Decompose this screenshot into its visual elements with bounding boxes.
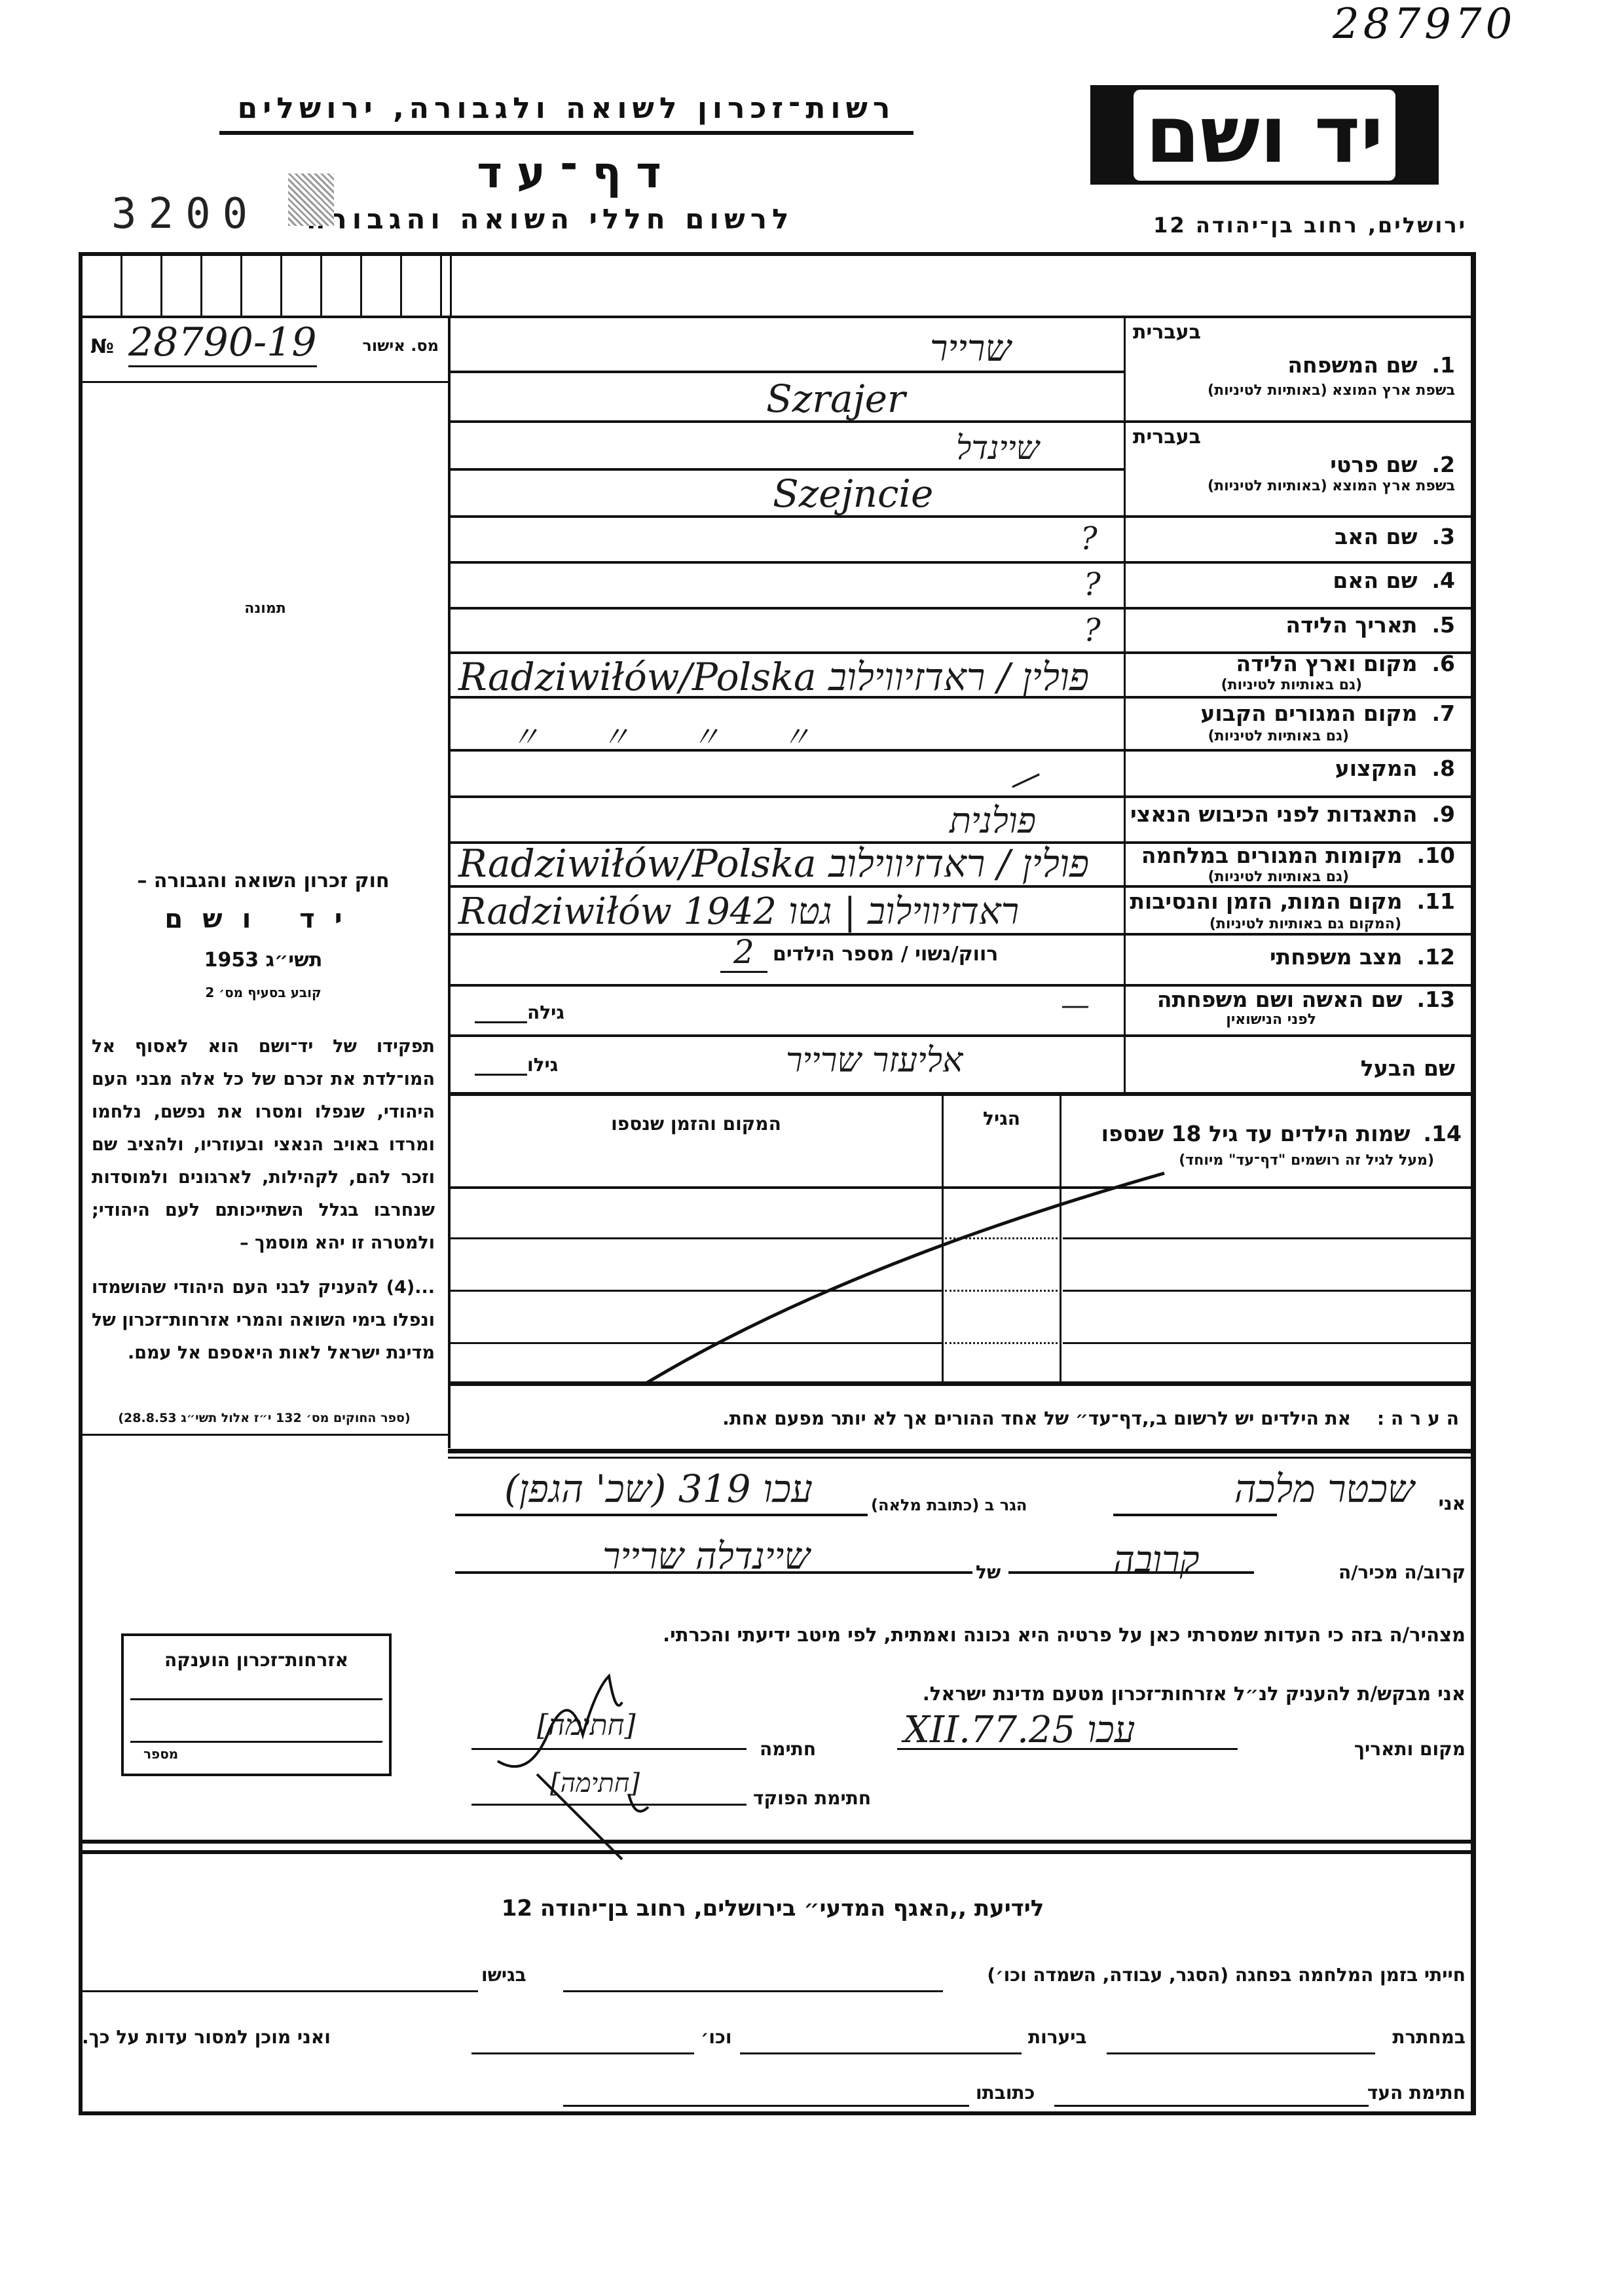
footer-line3-blank2[interactable]: [563, 2105, 969, 2107]
decl-address-label: הגר ב (כתובת מלאה): [871, 1496, 1027, 1514]
decl-request: אני מבקש/ת להעניק לנ״ל אזרחות־זכרון מטעם…: [923, 1683, 1466, 1705]
decl-of-label: של: [976, 1561, 1001, 1583]
field-6-value[interactable]: Radziwiłów/Polska פולין / ראדזיווילוב: [458, 655, 1089, 699]
form-subtitle: לרשום חללי השואה והגבורה: [262, 203, 838, 235]
recorder-label: חתימת הפוקד: [753, 1787, 871, 1809]
field-13-label: 13.שם האשה ושם משפחתה: [1157, 987, 1455, 1012]
field-13-age-label: גילה: [527, 1002, 564, 1023]
field-2-value-latin[interactable]: Szejncie: [773, 471, 933, 516]
husband-label: שם הבעל: [1361, 1055, 1455, 1081]
row-line: [451, 468, 1124, 471]
footer-line2-blank2[interactable]: [740, 2052, 1022, 2054]
note: הערה: את הילדים יש לרשום ב,,דף־עד״ של אח…: [722, 1408, 1466, 1429]
field-1-label: 1.שם המשפחה: [1287, 352, 1455, 378]
decl-address-line: [455, 1514, 868, 1516]
label-column-divider: [1124, 316, 1126, 1095]
header-address: ירושלים, רחוב בן־יהודה 12: [1100, 213, 1467, 238]
decl-address[interactable]: עכו 319 (שכ' הגפן): [504, 1467, 813, 1511]
place-date-line: [897, 1748, 1238, 1750]
authority-line: רשות־זכרון לשואה ולגבורה, ירושלים: [216, 92, 917, 125]
field-10-label: 10.מקומות המגורים במלחמה: [1141, 843, 1455, 868]
field-1-value-latin[interactable]: Szrajer: [766, 376, 906, 421]
field-2-sublabel: בשפת ארץ המוצא (באותיות לטיניות): [1208, 478, 1455, 494]
husband-age-line: [475, 1074, 527, 1076]
footer-line1: חייתי בזמן המלחמה בפחגה (הסגר, עבודה, הש…: [987, 1964, 1466, 1986]
field-4-value[interactable]: ?: [1084, 566, 1101, 603]
approval-no-symbol: №: [90, 335, 114, 358]
field-12-label: 12.מצב משפחתי: [1270, 944, 1455, 970]
footer-line3-start: חתימת העד: [1367, 2082, 1466, 2104]
photo-label: תמונה: [83, 600, 448, 617]
form-bottom-border: [79, 2111, 1476, 2115]
field-10-value[interactable]: Radziwiłów/Polska פולין / ראדזיווילוב: [458, 841, 1089, 886]
form-title: דף־עד: [393, 147, 760, 198]
footer-line2-mid: ביערות: [1028, 2026, 1087, 2048]
note-text: את הילדים יש לרשום ב,,דף־עד״ של אחד ההור…: [722, 1408, 1351, 1429]
footer-line3-end: כתובתו: [976, 2082, 1035, 2104]
field-5-label: 5.תאריך הלידה: [1285, 612, 1455, 638]
law-sidebar: חוק זכרון השואה והגבורה – יד ושם תשי״ג 1…: [83, 851, 444, 1370]
law-title: חוק זכרון השואה והגבורה –: [83, 869, 444, 892]
yad-vashem-logo: יד ושם: [1090, 85, 1439, 185]
decl-name-line: [1113, 1514, 1277, 1516]
stamp-number: 3200: [111, 190, 259, 238]
field-7-value[interactable]: 〃 〃 〃 〃: [511, 714, 837, 756]
strike-through-line: [451, 1095, 1473, 1383]
law-citation: (ספר החוקים מס׳ 132 י״ז אלול תשי״ג 28.8.…: [83, 1411, 446, 1425]
husband-age-label: גילו: [527, 1054, 558, 1076]
top-row-divider: [450, 255, 452, 316]
note-bottom-line-2: [448, 1457, 1473, 1459]
approval-row-bottom: [83, 381, 448, 383]
field-1-lang: בעברית: [1133, 321, 1201, 344]
field-5-value[interactable]: ?: [1084, 612, 1101, 649]
law-text: תפקידו של יד־ושם הוא לאסוף אל המו־לדת את…: [83, 1030, 444, 1260]
law-section: קובע בסעיף מס׳ 2: [83, 985, 444, 1000]
field-13-age-line: [475, 1021, 527, 1023]
logo-text: יד ושם: [1134, 90, 1395, 181]
row-line: [451, 371, 1124, 373]
authority-underline: [219, 131, 913, 135]
field-4-label: 4.שם האם: [1333, 568, 1455, 593]
place-date-value[interactable]: עכו 25.XII.77: [904, 1709, 1135, 1751]
law-name: יד ושם: [83, 904, 444, 934]
field-6-label: 6.מקום וארץ הלידה: [1236, 651, 1455, 676]
field-11-sublabel: (המקום גם באותיות לטיניות): [1209, 916, 1401, 932]
footer-line2-start: במחתרת: [1392, 2026, 1466, 2048]
field-3-value[interactable]: ?: [1080, 520, 1098, 557]
footer-line1-blank[interactable]: [563, 1990, 943, 1992]
approval-label: מס. אישור: [362, 337, 439, 355]
signature-scrawl: [458, 1650, 747, 1866]
husband-value[interactable]: אליעזר שרייר: [786, 1041, 963, 1080]
citizenship-line-2: [130, 1741, 382, 1743]
field-11-value[interactable]: Radziwiłów 1942 ראדזיווילוב | גטו: [458, 890, 1019, 933]
archive-number: 287970: [1333, 0, 1516, 48]
field-13-value[interactable]: —: [1061, 989, 1090, 1022]
decl-of-line: [455, 1571, 972, 1574]
field-7-label: 7.מקום המגורים הקבוע: [1200, 701, 1455, 726]
footer-title: לידיעת ,,האגף המדעי״ בירושלים, רחוב בן־י…: [445, 1895, 1100, 1922]
footer-line2-blank3[interactable]: [471, 2052, 694, 2054]
decl-name[interactable]: שכטר מלכה: [1234, 1467, 1414, 1511]
field-9-value[interactable]: פולנית: [950, 800, 1036, 841]
footer-line3-blank1[interactable]: [1054, 2105, 1369, 2107]
citizenship-title: אזרחות־זכרון הוענקה: [124, 1649, 389, 1671]
footer-top-line-2: [79, 1850, 1476, 1854]
footer-line2-etc: וכו׳: [701, 2026, 732, 2048]
place-date-label: מקום ותאריך: [1354, 1738, 1466, 1760]
field-2-value-hebrew[interactable]: שיינדל: [956, 429, 1039, 467]
field-10-sublabel: (גם באותיות לטיניות): [1208, 869, 1349, 885]
note-label: הערה:: [1377, 1408, 1466, 1429]
law-year: תשי״ג 1953: [83, 949, 444, 972]
field-7-sublabel: (גם באותיות לטיניות): [1208, 728, 1349, 744]
approval-row: מס. אישור 28790-19 №: [83, 316, 448, 381]
field-13-sublabel: לפני הנישואין: [1226, 1011, 1316, 1028]
field-9-label: 9.התאגדות לפני הכיבוש הנאצי: [1130, 801, 1455, 827]
labels-column: בעברית 1.שם המשפחה בשפת ארץ המוצא (באותי…: [1126, 316, 1467, 1095]
children-table: המקום והזמן שנספו הגיל 14.שמות הילדים עד…: [451, 1095, 1473, 1383]
note-bottom-line: [448, 1449, 1473, 1453]
sidebar-bottom: [83, 1434, 449, 1436]
note-top-line: [451, 1381, 1473, 1386]
field-3-label: 3.שם האב: [1335, 524, 1455, 549]
decl-line2-label: קרוב/ה מכיר/ה: [1338, 1561, 1466, 1583]
field-12-value: רווק/נשוי / מספר הילדים: [773, 943, 998, 966]
field-1-value-hebrew[interactable]: שרייר: [930, 327, 1011, 370]
field-8-label: 8.המקצוע: [1335, 756, 1455, 781]
footer-line2-blank1[interactable]: [1107, 2052, 1375, 2054]
decl-relation-line: [1008, 1571, 1254, 1574]
field-12-children-count[interactable]: 2: [720, 933, 767, 973]
footer-line1-end: בגישו: [481, 1964, 526, 1986]
footer-top-line: [79, 1840, 1476, 1844]
law-text-2: ...(4) להעניק לבני העם היהודי שהושמדו ונ…: [83, 1271, 444, 1370]
field-2-label: 2.שם פרטי: [1330, 452, 1455, 477]
approval-number[interactable]: 28790-19: [128, 319, 317, 367]
citizenship-line-1: [130, 1698, 382, 1700]
field-1-sublabel: בשפת ארץ המוצא (באותיות לטיניות): [1208, 382, 1455, 399]
code-boxes: [83, 255, 449, 316]
signature-label: חתימה: [760, 1738, 816, 1760]
stamp-mark: [288, 173, 334, 226]
decl-line1-label: אני: [1439, 1493, 1466, 1514]
footer-line2-end: ואני מוכן למסור עדות על כך.: [82, 2026, 331, 2048]
field-6-sublabel: (גם באותיות לטיניות): [1221, 677, 1362, 693]
field-2-lang: בעברית: [1133, 426, 1201, 448]
field-11-label: 11.מקום המות, הזמן והנסיבות: [1130, 888, 1455, 914]
footer-line1-blank2[interactable]: [82, 1990, 478, 1992]
decl-statement: מצהיר/ה בזה כי העדות שמסרתי כאן על פרטיה…: [663, 1624, 1466, 1646]
citizenship-box: אזרחות־זכרון הוענקה מספר: [121, 1633, 392, 1776]
citizenship-number-label: מספר: [143, 1746, 178, 1762]
decl-relation[interactable]: קרובה: [1113, 1539, 1200, 1581]
